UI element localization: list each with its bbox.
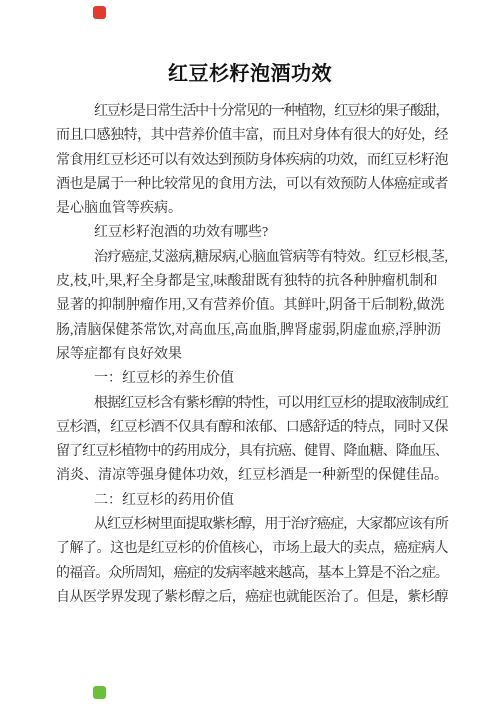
text-line: 常食用红豆杉还可以有效达到预防身体疾病的功效，而红豆杉籽泡 bbox=[56, 149, 448, 173]
text-line: 红豆杉籽泡酒的功效有哪些? bbox=[56, 221, 448, 245]
text-line: 是心脑血管等疾病。 bbox=[56, 197, 448, 221]
text-line: 治疗癌症,艾滋病,糖尿病,心脑血管病等有特效。红豆杉根,茎, bbox=[56, 246, 448, 270]
text-line: 二：红豆杉的药用价值 bbox=[56, 489, 448, 513]
red-stamp-icon bbox=[93, 6, 106, 19]
document-body: 红豆杉是日常生活中十分常见的一种植物，红豆杉的果子酸甜，而且口感独特，其中营养价… bbox=[56, 100, 448, 610]
text-line: 自从医学界发现了紫杉醇之后，癌症也就能医治了。但是，紫杉醇 bbox=[56, 586, 448, 610]
text-line: 从红豆杉树里面提取紫杉醇，用于治疗癌症，大家都应该有所 bbox=[56, 513, 448, 537]
text-line: 皮,枝,叶,果,籽全身都是宝,味酸甜既有独特的抗各种肿瘤机制和 bbox=[56, 270, 448, 294]
text-line: 酒也是属于一种比较常见的食用方法，可以有效预防人体癌症或者 bbox=[56, 173, 448, 197]
document-page: 红豆杉籽泡酒功效 红豆杉是日常生活中十分常见的一种植物，红豆杉的果子酸甜，而且口… bbox=[0, 0, 500, 707]
text-line: 豆杉酒，红豆杉酒不仅具有醇和浓郁、口感舒适的特点，同时又保 bbox=[56, 416, 448, 440]
text-line: 红豆杉是日常生活中十分常见的一种植物，红豆杉的果子酸甜， bbox=[56, 100, 448, 124]
text-line: 根据红豆杉含有紫杉醇的特性，可以用红豆杉的提取液制成红 bbox=[56, 392, 448, 416]
text-line: 消炎、清凉等强身健体功效，红豆杉酒是一种新型的保健佳品。 bbox=[56, 464, 448, 488]
text-line: 的福音。众所周知，癌症的发病率越来越高，基本上算是不治之症。 bbox=[56, 562, 448, 586]
text-line: 肠,清脑保健茶常饮,对高血压,高血脂,脾肾虚弱,阴虚血瘀,浮肿沥 bbox=[56, 319, 448, 343]
document-title: 红豆杉籽泡酒功效 bbox=[0, 57, 500, 86]
text-line: 尿等症都有良好效果 bbox=[56, 343, 448, 367]
text-line: 而且口感独特，其中营养价值丰富，而且对身体有很大的好处，经 bbox=[56, 124, 448, 148]
green-stamp-icon bbox=[93, 686, 106, 699]
text-line: 了解了。这也是红豆杉的价值核心，市场上最大的卖点，癌症病人 bbox=[56, 537, 448, 561]
text-line: 一：红豆杉的养生价值 bbox=[56, 367, 448, 391]
text-line: 显著的抑制肿瘤作用,又有营养价值。其鲜叶,阴备干后制粉,做洗 bbox=[56, 294, 448, 318]
text-line: 留了红豆杉植物中的药用成分，具有抗癌、健胃、降血糖、降血压、 bbox=[56, 440, 448, 464]
